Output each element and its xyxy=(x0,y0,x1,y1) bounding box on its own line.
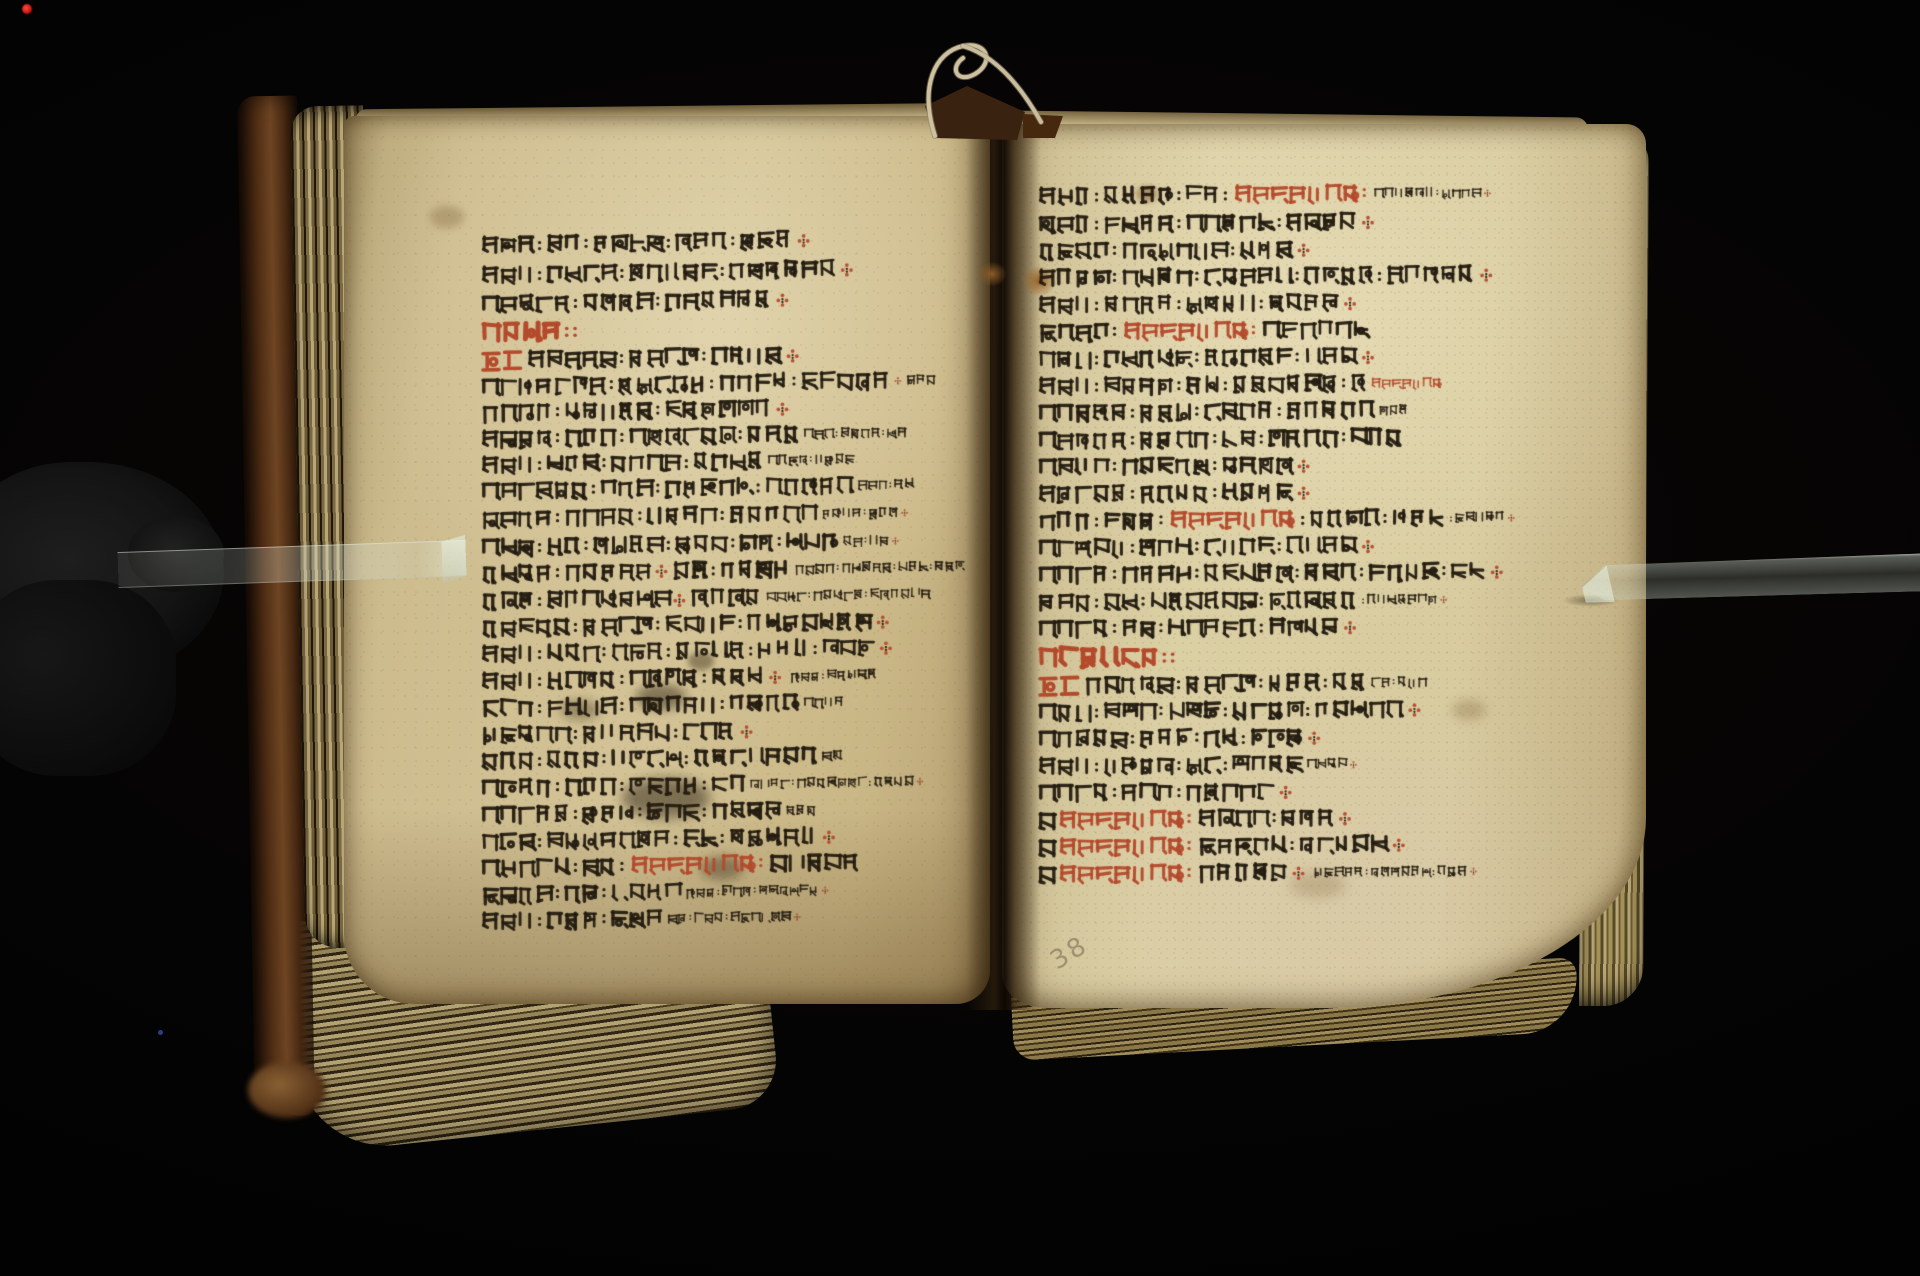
stain xyxy=(430,206,464,228)
stain xyxy=(1452,700,1486,720)
bookmark-thread xyxy=(905,16,1110,144)
ink-smudge-over-text xyxy=(622,778,710,818)
brown-spot xyxy=(1022,266,1056,296)
spine-gutter-shadow xyxy=(966,118,1040,1010)
ink-smudge xyxy=(636,684,686,710)
ink-smudge xyxy=(688,652,714,670)
photo-stage: 38 እገኒ፡ለከ፡እግዚኦ፡እስመ፡ሠናይ፨እስመ፡እምኵሉ፡ምንዳቤየ፡አድ… xyxy=(0,0,1920,1276)
glass-tip xyxy=(441,535,466,584)
stain xyxy=(700,856,744,880)
gloved-hand-wrist xyxy=(0,580,176,776)
leather-headband-tab xyxy=(925,86,1025,140)
stain xyxy=(1136,186,1158,202)
brown-spot xyxy=(978,262,1006,286)
blue-speck xyxy=(158,1030,163,1035)
ink-smudge-over-text xyxy=(560,700,600,720)
leather-tab-fragment xyxy=(1023,114,1063,138)
leather-cover-corner xyxy=(248,1062,326,1118)
red-indicator-dot xyxy=(22,4,32,14)
stain xyxy=(1290,872,1346,898)
